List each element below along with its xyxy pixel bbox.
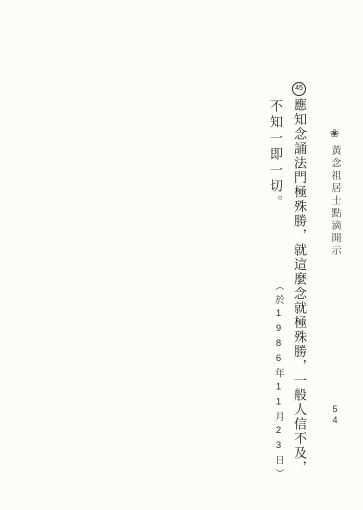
quote-text-part1: 應知念誦法門極殊勝，就這麼念就極殊勝，一般人信不及，: [292, 98, 307, 475]
date-note-text: （於1986年11月23日）: [273, 281, 284, 482]
entry-number-badge: 45: [292, 82, 306, 96]
book-title: 黃念祖居士點滴開示: [329, 145, 340, 258]
page-number: 54: [330, 404, 340, 426]
quote-column-1: 45應知念誦法門極殊勝，就這麼念就極殊勝，一般人信不及，: [290, 82, 309, 475]
scanned-book-page: ❀黃念祖居士點滴開示 45應知念誦法門極殊勝，就這麼念就極殊勝，一般人信不及， …: [0, 0, 363, 510]
date-note: （於1986年11月23日）: [271, 281, 285, 482]
page-number-text: 54: [330, 404, 340, 426]
quote-column-2: 不知一即一切。: [266, 99, 285, 211]
quote-text-part2: 不知一即一切。: [268, 99, 283, 211]
rosette-icon: ❀: [328, 127, 341, 140]
running-head: ❀黃念祖居士點滴開示: [327, 127, 342, 258]
